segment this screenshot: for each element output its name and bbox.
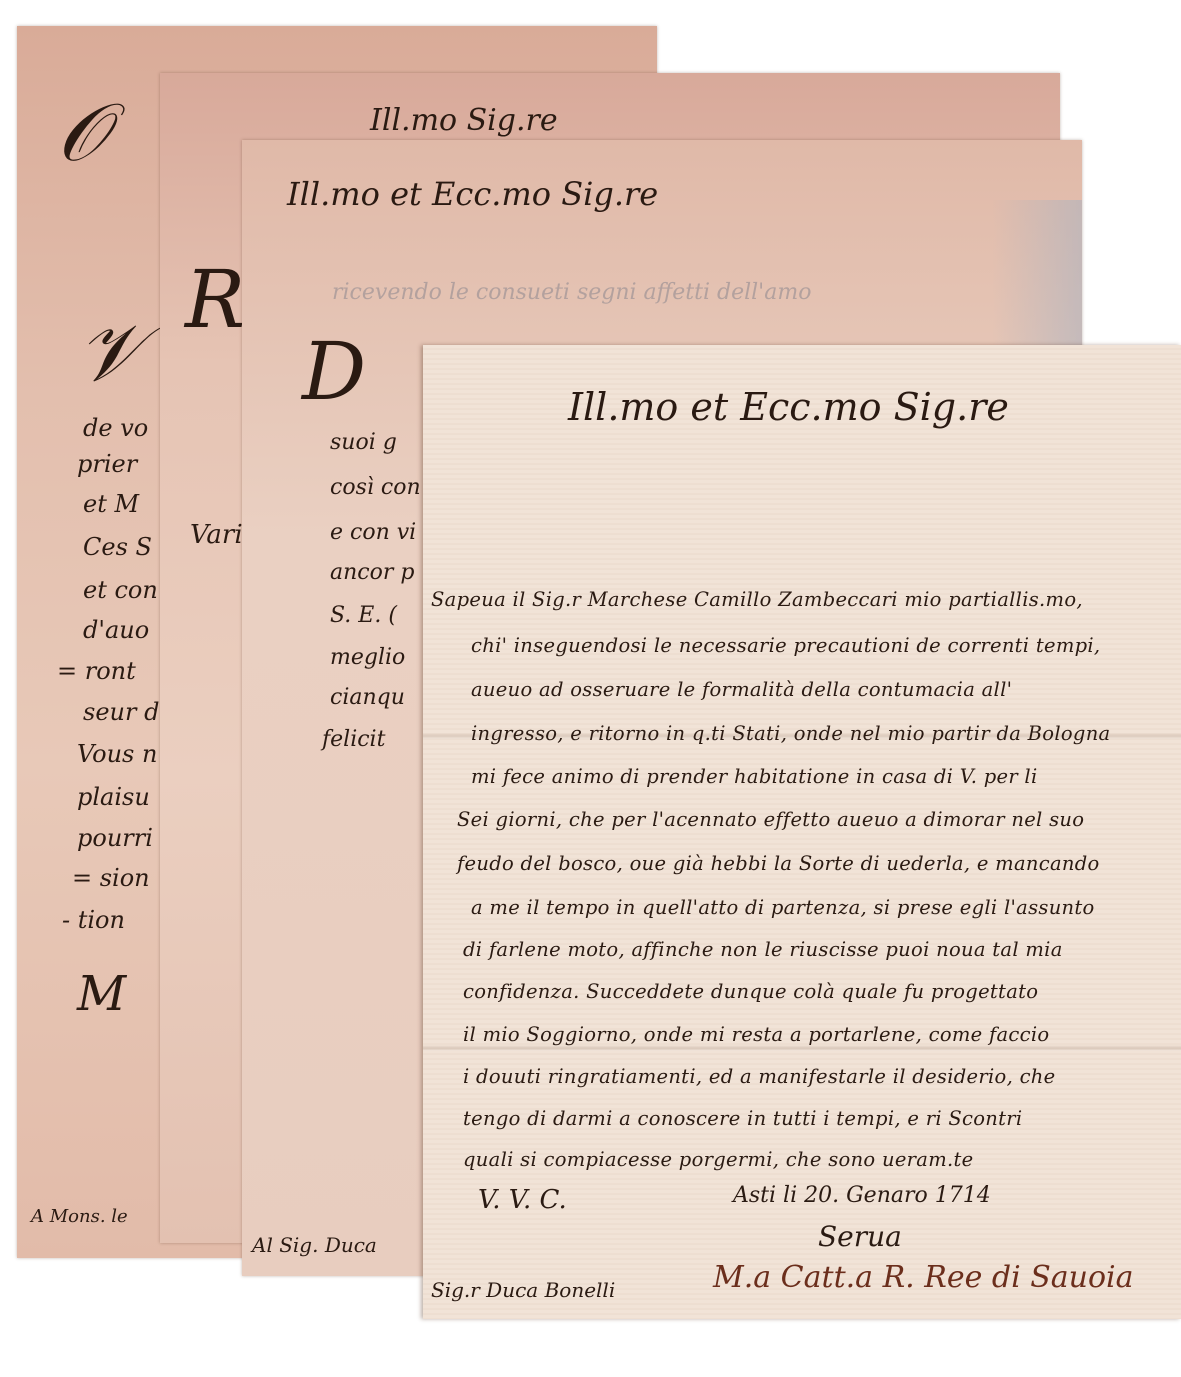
- letter-line: e con vi: [330, 520, 416, 545]
- letter-line: meglio: [330, 645, 405, 670]
- letter-line: confidenza. Succeddete dunque colà quale…: [463, 980, 1038, 1003]
- letter-line: suoi g: [330, 430, 397, 455]
- letter-line: pourri: [77, 824, 153, 852]
- letter-line: mi fece animo di prender habitatione in …: [471, 765, 1038, 788]
- letter-line: de vo: [83, 414, 148, 442]
- place-date: Asti li 20. Genaro 1714: [733, 1183, 991, 1208]
- bleed-through-text: [180, 193, 222, 218]
- letter-line: = sion: [72, 864, 150, 892]
- letter-line: felicit: [322, 727, 385, 752]
- letter-address: Al Sig. Duca: [252, 1233, 377, 1257]
- letter-line: i douuti ringratiamenti, ed a manifestar…: [463, 1065, 1056, 1088]
- letter-line: et M: [83, 490, 139, 518]
- letter-salutation: Ill.mo et Ecc.mo Sig.re: [287, 175, 658, 213]
- letter-line: seur d: [83, 698, 159, 726]
- letter-line: di farlene moto, affinche non le riuscis…: [463, 938, 1063, 961]
- decorative-initial: 𝒱: [77, 306, 144, 400]
- letter-line: Vous n: [77, 740, 157, 768]
- letter-line: Ces S: [83, 533, 152, 561]
- letter-address: A Mons. le: [31, 1206, 128, 1227]
- letter-salutation: Ill.mo et Ecc.mo Sig.re: [568, 385, 1009, 429]
- closing-initials: V. V. C.: [478, 1185, 567, 1215]
- letter-salutation: Ill.mo Sig.re: [370, 103, 558, 138]
- letter-line: d'auo: [83, 616, 149, 644]
- letter-line: così con: [330, 475, 421, 500]
- bleed-through-text: ricevendo le consueti segni affetti dell…: [332, 280, 811, 305]
- letter-line: = ront: [57, 657, 136, 685]
- letter-line: S. E. (: [330, 603, 397, 628]
- letter-line: M: [77, 966, 126, 1022]
- letter-line: tengo di darmi a conoscere in tutti i te…: [463, 1107, 1022, 1130]
- letter-line: quali si compiacesse porgermi, che sono …: [463, 1148, 973, 1171]
- letter-line: ingresso, e ritorno in q.ti Stati, onde …: [471, 722, 1110, 745]
- letter-line: Sapeua il Sig.r Marchese Camillo Zambecc…: [431, 588, 1083, 611]
- letter-line: chi' inseguendosi le necessarie precauti…: [471, 634, 1100, 657]
- signature: M.a Catt.a R. Ree di Sauoia: [713, 1260, 1134, 1295]
- letter-line: prier: [77, 450, 137, 478]
- letter-line: il mio Soggiorno, onde mi resta a portar…: [463, 1023, 1049, 1046]
- letter-line: cianqu: [330, 685, 405, 710]
- letter-address: Sig.r Duca Bonelli: [431, 1278, 615, 1302]
- letter-line: Sei giorni, che per l'acennato effetto a…: [457, 808, 1084, 831]
- letter-sheet-front: Ill.mo et Ecc.mo Sig.re Sapeua il Sig.r …: [423, 345, 1181, 1319]
- letter-line: ancor p: [330, 560, 414, 585]
- letter-line: - tion: [62, 906, 125, 934]
- decorative-initial: 𝒪: [57, 86, 107, 180]
- closing-word: Serua: [818, 1220, 902, 1253]
- letter-line: feudo del bosco, oue già hebbi la Sorte …: [457, 852, 1100, 875]
- letter-line: aueuo ad osseruare le formalità della co…: [471, 678, 1012, 701]
- decorative-initial: D: [302, 325, 366, 418]
- decorative-initial: R: [185, 253, 245, 346]
- letter-line: et con: [83, 576, 158, 604]
- letter-line: plaisu: [77, 783, 150, 811]
- letter-line: a me il tempo in quell'atto di partenza,…: [471, 896, 1095, 919]
